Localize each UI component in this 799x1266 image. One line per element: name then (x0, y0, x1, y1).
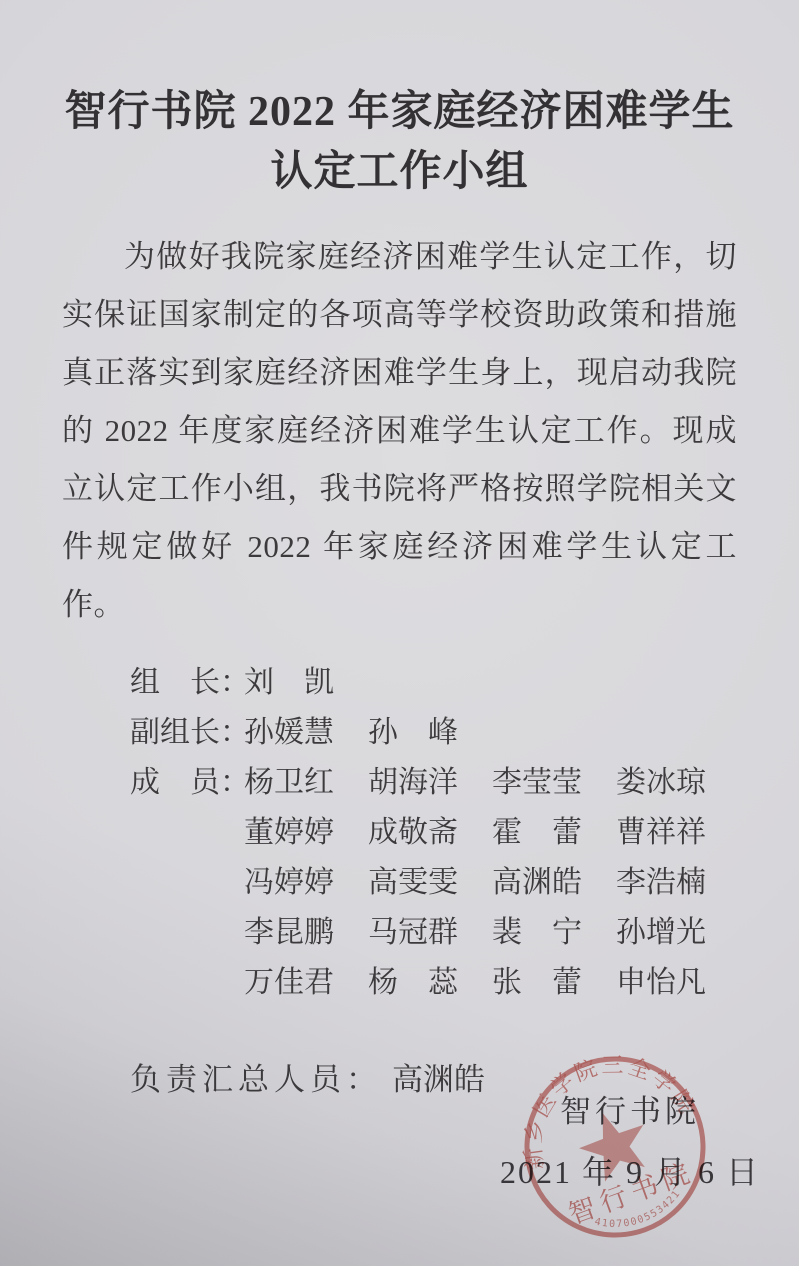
roster-name: 李莹莹 (492, 758, 590, 808)
summary-label: 负责汇总人员： (130, 1062, 382, 1097)
roster-name: 李浩楠 (616, 858, 714, 908)
roster-row-members-1: 成 员：杨卫红胡海洋李莹莹娄冰琼 (130, 758, 799, 808)
roster-row-leader: 组 长：刘 凯 (130, 658, 799, 708)
title-line-1: 智行书院 2022 年家庭经济困难学生 (64, 89, 734, 135)
roster-name: 张 蕾 (492, 958, 590, 1008)
roster-label: 成 员： (130, 758, 244, 808)
title-line-2: 认定工作小组 (270, 149, 528, 195)
roster-name: 冯婷婷 (244, 858, 342, 908)
official-seal: 新乡医学院三全学院 智行书院 4107000553421 (513, 1045, 717, 1249)
roster-row-members-3: 冯婷婷高雯雯高渊皓李浩楠 (130, 858, 799, 908)
roster-name: 杨 蕊 (368, 958, 466, 1008)
roster-name: 裴 宁 (492, 908, 590, 958)
roster-name: 胡海洋 (368, 758, 466, 808)
roster-row-members-2: 董婷婷成敬斋霍 蕾曹祥祥 (130, 808, 799, 858)
roster-name: 李昆鹏 (244, 908, 342, 958)
roster-name: 成敬斋 (368, 808, 466, 858)
roster: 组 长：刘 凯 副组长：孙媛慧孙 峰 成 员：杨卫红胡海洋李莹莹娄冰琼 董婷婷成… (130, 658, 799, 1008)
roster-name: 孙增光 (616, 908, 714, 958)
roster-name: 万佳君 (244, 958, 342, 1008)
roster-name: 高雯雯 (368, 858, 466, 908)
roster-name: 高渊皓 (492, 858, 590, 908)
roster-name: 娄冰琼 (616, 758, 714, 808)
roster-name: 孙 峰 (368, 708, 466, 758)
roster-name: 马冠群 (368, 908, 466, 958)
roster-name: 曹祥祥 (616, 808, 714, 858)
roster-name: 孙媛慧 (244, 708, 342, 758)
roster-label: 组 长： (130, 658, 244, 708)
document-page: 智行书院 2022 年家庭经济困难学生认定工作小组 为做好我院家庭经济困难学生认… (0, 0, 799, 1266)
roster-name: 霍 蕾 (492, 808, 590, 858)
roster-name: 杨卫红 (244, 758, 342, 808)
roster-row-members-4: 李昆鹏马冠群裴 宁孙增光 (130, 908, 799, 958)
roster-row-members-5: 万佳君杨 蕊张 蕾申怡凡 (130, 958, 799, 1008)
roster-name: 申怡凡 (616, 958, 714, 1008)
roster-row-deputy: 副组长：孙媛慧孙 峰 (130, 708, 799, 758)
roster-name: 董婷婷 (244, 808, 342, 858)
page-title: 智行书院 2022 年家庭经济困难学生认定工作小组 (40, 82, 759, 202)
roster-label: 副组长： (130, 708, 244, 758)
roster-name: 刘 凯 (244, 658, 342, 708)
body-paragraph: 为做好我院家庭经济困难学生认定工作，切实保证国家制定的各项高等学校资助政策和措施… (62, 228, 737, 634)
